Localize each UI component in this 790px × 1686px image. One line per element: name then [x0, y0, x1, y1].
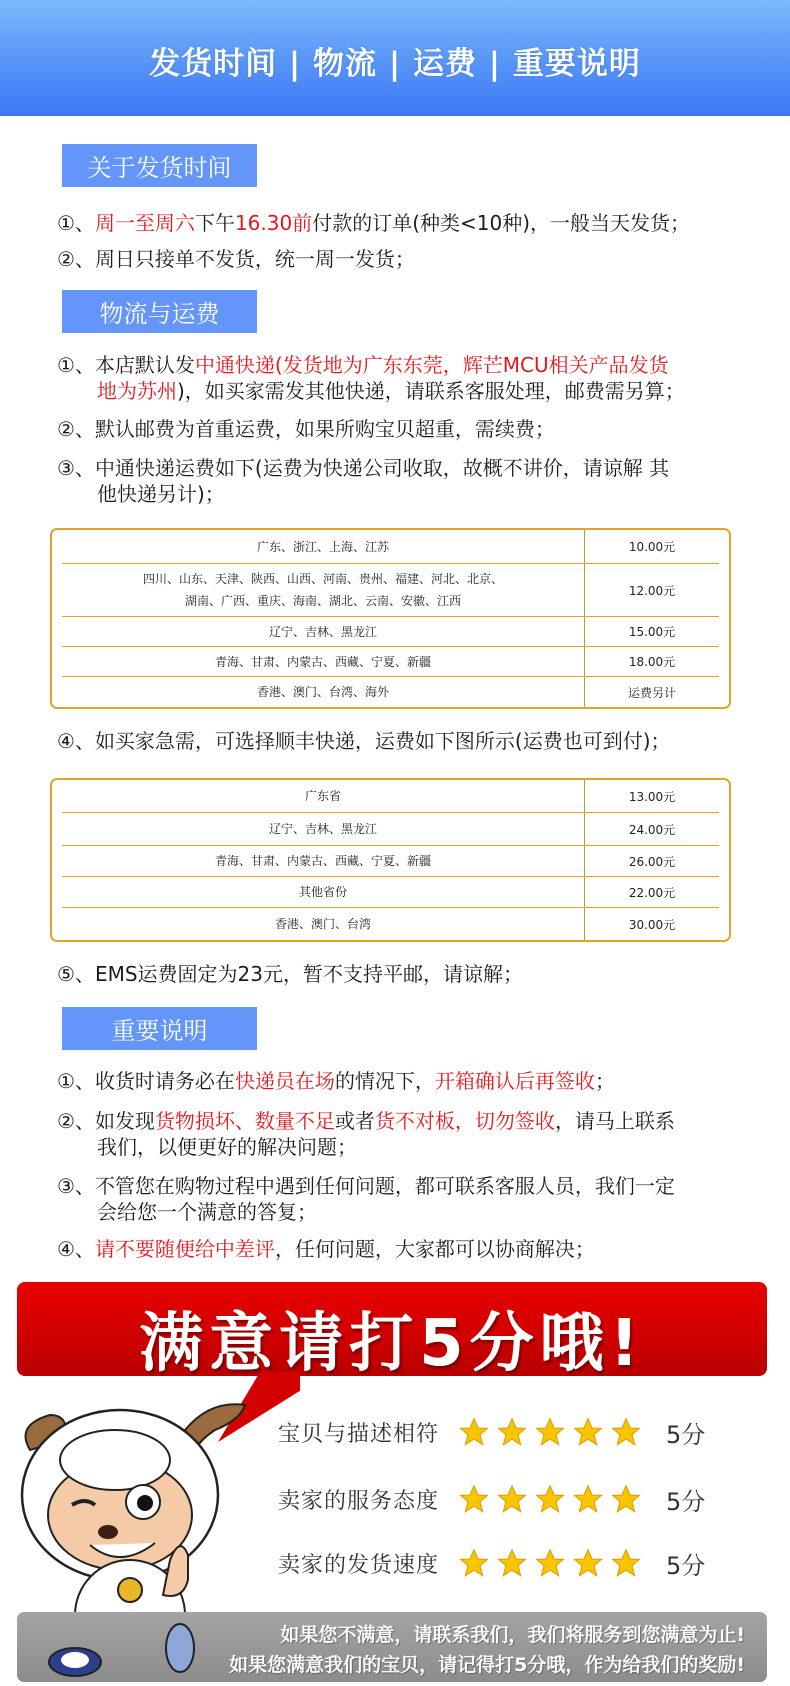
text: 会给您一个满意的答复；: [57, 1199, 675, 1225]
price-cell: 15.00元: [585, 623, 719, 640]
rating-score: 5分: [666, 1415, 705, 1450]
price-cell: 24.00元: [585, 821, 719, 838]
item-number: ⑤、: [57, 962, 95, 986]
star-icon: [610, 1483, 642, 1515]
price-cell: 12.00元: [585, 582, 719, 599]
text: 的情况下，: [335, 1069, 435, 1093]
star-icon: [534, 1547, 566, 1579]
star-rating: [458, 1416, 648, 1448]
highlight-text: 货物损坏、数量不足: [155, 1109, 335, 1133]
rating-label: 宝贝与描述相符: [278, 1417, 458, 1448]
price-cell: 10.00元: [585, 538, 719, 555]
item-number: ①、: [57, 1069, 95, 1093]
rating-row-description-match: 宝贝与描述相符 5分: [278, 1412, 705, 1452]
highlight-text: 中通快递(发货地为广东东莞，辉芒MCU相关产品发货: [195, 353, 669, 377]
highlight-text: 快递员在场: [235, 1069, 335, 1093]
rating-row-shipping-speed: 卖家的发货速度 5分: [278, 1543, 705, 1583]
region-cell: 香港、澳门、台湾: [62, 908, 585, 940]
table-row: 辽宁、吉林、黑龙江 24.00元: [62, 813, 719, 846]
table-row: 广东省 13.00元: [62, 780, 719, 813]
rating-headline-banner: 满意请打5分哦!: [17, 1282, 767, 1376]
text: 周日只接单不发货，统一周一发货；: [95, 247, 415, 271]
table-row: 广东、浙江、上海、江苏 10.00元: [62, 530, 719, 564]
star-icon: [572, 1416, 604, 1448]
table-row: 香港、澳门、台湾 30.00元: [62, 908, 719, 940]
star-icon: [534, 1483, 566, 1515]
item-number: ②、: [57, 1109, 95, 1133]
text: 收货时请务必在: [95, 1069, 235, 1093]
section-tag-logistics: 物流与运费: [62, 290, 257, 333]
text: 如买家急需，可选择顺丰快递，运费如下图所示(运费也可到付)；: [95, 729, 671, 753]
region-cell: 四川、山东、天津、陕西、山西、河南、贵州、福建、河北、北京、湖南、广西、重庆、海…: [62, 564, 585, 616]
item-number: ④、: [57, 1237, 95, 1261]
region-cell: 广东省: [62, 780, 585, 812]
rating-row-service-attitude: 卖家的服务态度 5分: [278, 1479, 705, 1519]
price-cell: 18.00元: [585, 653, 719, 670]
text: ；: [595, 1069, 615, 1093]
logistics-item-5: ⑤、EMS运费固定为23元，暂不支持平邮，请谅解；: [57, 961, 523, 987]
important-item-3: ③、不管您在购物过程中遇到任何问题，都可联系客服人员，我们一定 会给您一个满意的…: [57, 1173, 675, 1225]
star-icon: [572, 1483, 604, 1515]
price-cell: 26.00元: [585, 853, 719, 870]
important-item-2: ②、如发现货物损坏、数量不足或者货不对板，切勿签收，请马上联系 我们，以便更好的…: [57, 1108, 675, 1160]
rating-headline: 满意请打5分哦!: [17, 1292, 767, 1384]
logistics-item-4: ④、如买家急需，可选择顺丰快递，运费如下图所示(运费也可到付)；: [57, 728, 671, 754]
star-icon: [496, 1483, 528, 1515]
text: 中通快递运费如下(运费为快递公司收取，故概不讲价，请谅解 其: [95, 456, 669, 480]
price-cell: 30.00元: [585, 916, 719, 933]
item-number: ③、: [57, 456, 95, 480]
item-number: ④、: [57, 729, 95, 753]
item-number: ②、: [57, 247, 95, 271]
price-cell: 13.00元: [585, 788, 719, 805]
mascot-feet: [45, 1620, 225, 1686]
text: 或者: [335, 1109, 375, 1133]
table-row: 香港、澳门、台湾、海外 运费另计: [62, 677, 719, 707]
highlight-text: 请不要随便给中差评: [95, 1237, 275, 1261]
section-tag-important: 重要说明: [62, 1007, 257, 1050]
star-rating: [458, 1547, 648, 1579]
item-number: ③、: [57, 1174, 95, 1198]
text: 我们，以便更好的解决问题；: [57, 1134, 675, 1160]
table-row: 青海、甘肃、内蒙古、西藏、宁夏、新疆 18.00元: [62, 647, 719, 677]
highlight-text: 16.30前: [235, 211, 312, 235]
star-icon: [534, 1416, 566, 1448]
shipping-time-item-1: ①、周一至周六下午16.30前付款的订单(种类<10种)，一般当天发货；: [57, 210, 690, 236]
highlight-text: 地为苏州: [97, 379, 177, 403]
item-number: ①、: [57, 211, 95, 235]
text: ，请马上联系: [555, 1109, 675, 1133]
logistics-item-3: ③、中通快递运费如下(运费为快递公司收取，故概不讲价，请谅解 其 他快递另计)；: [57, 455, 669, 507]
text: ，任何问题，大家都可以协商解决；: [275, 1237, 595, 1261]
text: 本店默认发: [95, 353, 195, 377]
region-cell: 辽宁、吉林、黑龙江: [62, 617, 585, 646]
highlight-text: 货不对板，切勿签收: [375, 1109, 555, 1133]
star-icon: [458, 1483, 490, 1515]
region-cell: 青海、甘肃、内蒙古、西藏、宁夏、新疆: [62, 647, 585, 676]
sf-rate-table: 广东省 13.00元 辽宁、吉林、黑龙江 24.00元 青海、甘肃、内蒙古、西藏…: [50, 778, 731, 942]
region-cell: 香港、澳门、台湾、海外: [62, 677, 585, 707]
important-item-1: ①、收货时请务必在快递员在场的情况下，开箱确认后再签收；: [57, 1068, 615, 1094]
footer-line-1: 如果您不满意，请联系我们，我们将服务到您满意为止!: [280, 1620, 745, 1647]
star-icon: [610, 1416, 642, 1448]
table-row: 其他省份 22.00元: [62, 877, 719, 908]
star-icon: [496, 1547, 528, 1579]
page-title: 发货时间 | 物流 | 运费 | 重要说明: [0, 38, 790, 83]
region-cell: 广东、浙江、上海、江苏: [62, 530, 585, 563]
text: )，如买家需发其他快递，请联系客服处理，邮费需另算；: [177, 379, 685, 403]
footer-line-2: 如果您满意我们的宝贝，请记得打5分哦，作为给我们的奖励!: [229, 1650, 745, 1677]
table-row: 青海、甘肃、内蒙古、西藏、宁夏、新疆 26.00元: [62, 846, 719, 877]
section-tag-shipping-time: 关于发货时间: [62, 144, 257, 187]
text: EMS运费固定为23元，暂不支持平邮，请谅解；: [95, 962, 523, 986]
text: 不管您在购物过程中遇到任何问题，都可联系客服人员，我们一定: [95, 1174, 675, 1198]
item-number: ①、: [57, 353, 95, 377]
highlight-text: 开箱确认后再签收: [435, 1069, 595, 1093]
rating-score: 5分: [666, 1546, 705, 1581]
region-cell: 辽宁、吉林、黑龙江: [62, 813, 585, 845]
header-banner: 发货时间 | 物流 | 运费 | 重要说明: [0, 0, 790, 116]
rating-label: 卖家的服务态度: [278, 1484, 458, 1515]
text: 下午: [195, 211, 235, 235]
star-icon: [458, 1547, 490, 1579]
region-cell: 其他省份: [62, 877, 585, 907]
highlight-text: 周一至周六: [95, 211, 195, 235]
shipping-time-item-2: ②、周日只接单不发货，统一周一发货；: [57, 246, 415, 272]
important-item-4: ④、请不要随便给中差评，任何问题，大家都可以协商解决；: [57, 1236, 595, 1262]
item-number: ②、: [57, 417, 95, 441]
price-cell: 运费另计: [585, 684, 719, 701]
rating-label: 卖家的发货速度: [278, 1548, 458, 1579]
text: 如发现: [95, 1109, 155, 1133]
star-icon: [496, 1416, 528, 1448]
table-row: 辽宁、吉林、黑龙江 15.00元: [62, 617, 719, 647]
star-icon: [610, 1547, 642, 1579]
star-icon: [458, 1416, 490, 1448]
price-cell: 22.00元: [585, 884, 719, 901]
logistics-item-1: ①、本店默认发中通快递(发货地为广东东莞，辉芒MCU相关产品发货 地为苏州)，如…: [57, 352, 685, 404]
zto-rate-table: 广东、浙江、上海、江苏 10.00元 四川、山东、天津、陕西、山西、河南、贵州、…: [50, 528, 731, 709]
table-row: 四川、山东、天津、陕西、山西、河南、贵州、福建、河北、北京、湖南、广西、重庆、海…: [62, 564, 719, 617]
rating-score: 5分: [666, 1482, 705, 1517]
logistics-item-2: ②、默认邮费为首重运费，如果所购宝贝超重，需续费；: [57, 416, 555, 442]
star-icon: [572, 1547, 604, 1579]
region-cell: 青海、甘肃、内蒙古、西藏、宁夏、新疆: [62, 846, 585, 876]
text: 付款的订单(种类<10种)，一般当天发货；: [312, 211, 690, 235]
star-rating: [458, 1483, 648, 1515]
text: 默认邮费为首重运费，如果所购宝贝超重，需续费；: [95, 417, 555, 441]
text: 他快递另计)；: [57, 481, 669, 507]
